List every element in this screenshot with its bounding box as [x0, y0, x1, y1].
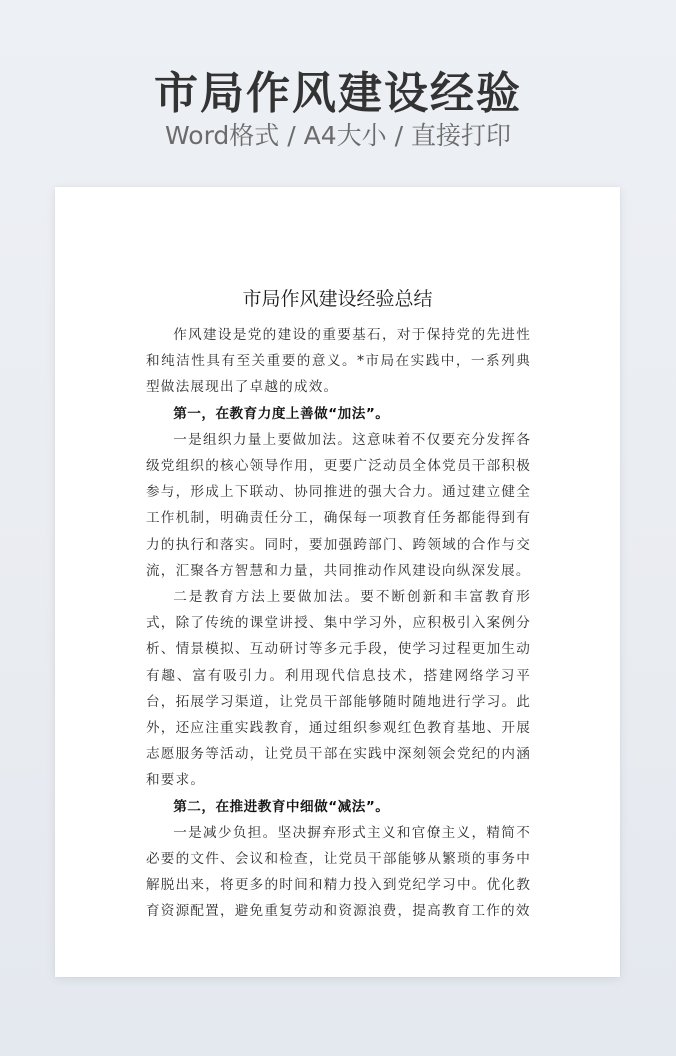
document-title: 市局作风建设经验总结: [55, 285, 620, 313]
paragraph: 二是教育方法上要做加法。要不断创新和丰富教育形式，除了传统的课堂讲授、集中学习外…: [146, 584, 531, 794]
section-heading-2: 第二，在推进教育中细做“减法”。: [146, 794, 531, 820]
section-heading-1: 第一，在教育力度上善做“加法”。: [146, 401, 531, 427]
paragraph: 一是组织力量上要做加法。这意味着不仅要充分发挥各级党组织的核心领导作用，更要广泛…: [146, 427, 531, 584]
paragraph: 一是减少负担。坚决摒弃形式主义和官僚主义，精简不必要的文件、会议和检查，让党员干…: [146, 820, 531, 925]
document-body: 作风建设是党的建设的重要基石，对于保持党的先进性和纯洁性具有至关重要的意义。*市…: [146, 322, 531, 925]
document-page: 市局作风建设经验总结 作风建设是党的建设的重要基石，对于保持党的先进性和纯洁性具…: [55, 187, 620, 977]
banner-title: 市局作风建设经验: [0, 64, 676, 124]
banner-subtitle: Word格式 / A4大小 / 直接打印: [0, 118, 676, 154]
paragraph-intro: 作风建设是党的建设的重要基石，对于保持党的先进性和纯洁性具有至关重要的意义。*市…: [146, 322, 531, 401]
